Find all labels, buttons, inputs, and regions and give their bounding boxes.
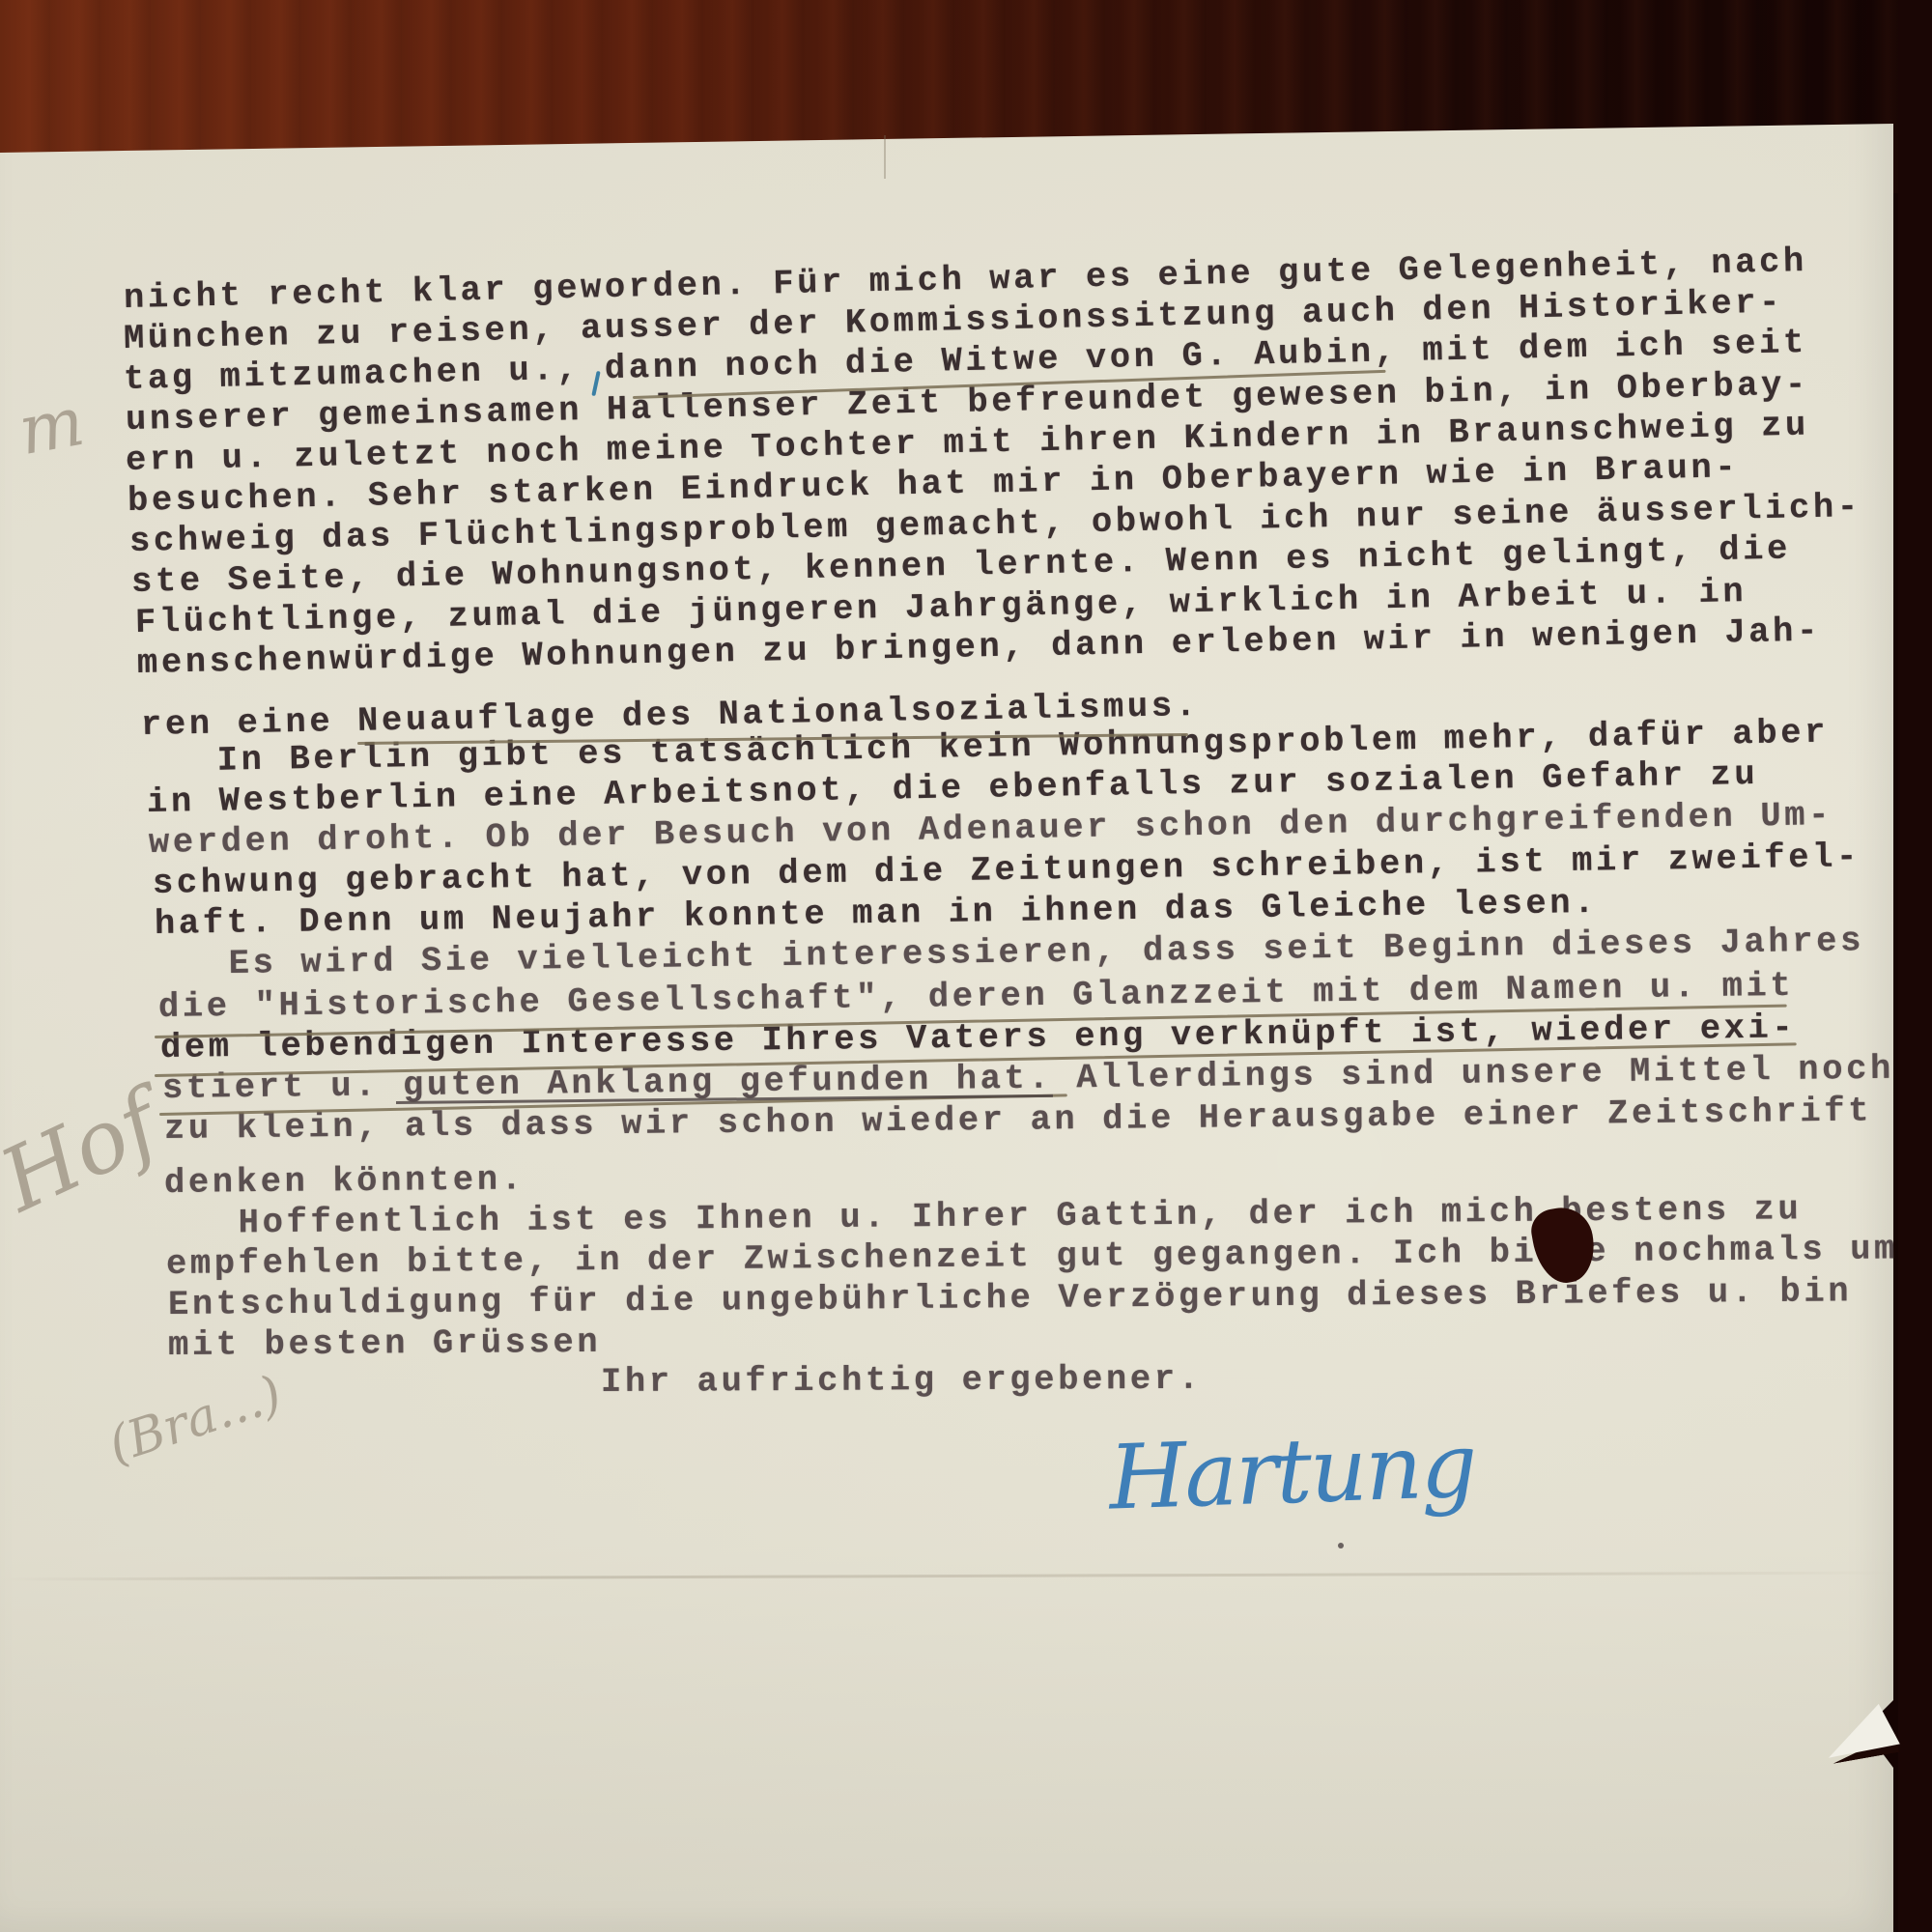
margin-pencil-mark: m (13, 382, 90, 470)
signature-period (1338, 1543, 1344, 1548)
handwritten-signature: Hartung (1107, 1413, 1477, 1529)
letter-body: nicht recht klar geworden. Für mich war … (0, 0, 1932, 1932)
letter-line-22: denken könnten. (164, 1159, 526, 1203)
letter-line-26: mit besten Grüssen (168, 1322, 602, 1365)
letter-closing: Ihr aufrichtig ergebener. (601, 1359, 1203, 1402)
